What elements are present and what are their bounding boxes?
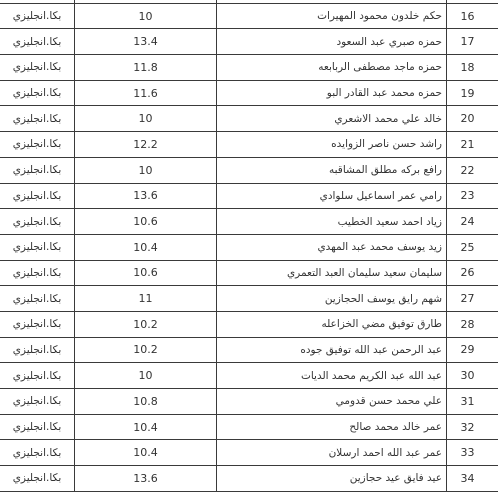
program-cell: بكا.انجليزي: [0, 311, 75, 337]
program-cell: بكا.انجليزي: [0, 3, 75, 29]
table-row: بكا.انجليزي10.6سليمان سعيد سليمان العبد …: [0, 260, 498, 286]
table-row: بكا.انجليزي13.6رامي عمر اسماعيل سلوادي23: [0, 183, 498, 209]
program-cell: بكا.انجليزي: [0, 132, 75, 158]
row-number-cell: 34: [447, 466, 498, 492]
row-number-cell: 18: [447, 55, 498, 81]
program-cell: بكا.انجليزي: [0, 157, 75, 183]
table-row: بكا.انجليزي12.2راشد حسن ناصر الزوايده21: [0, 132, 498, 158]
table-row: بكا.انجليزي10.6زياد احمد سعيد الخطيب24: [0, 209, 498, 235]
row-number-cell: 16: [447, 3, 498, 29]
average-cell: 13.4: [75, 29, 217, 55]
program-cell: بكا.انجليزي: [0, 106, 75, 132]
average-cell: 11.6: [75, 80, 217, 106]
average-cell: 10: [75, 363, 217, 389]
student-name-cell: سليمان سعيد سليمان العبد التعمري: [217, 260, 447, 286]
results-table: 15بكا.انجليزي10حكم خلدون محمود المهيرات1…: [0, 0, 498, 492]
table-row: بكا.انجليزي10رافع بركه مطلق المشاقبه22: [0, 157, 498, 183]
program-cell: بكا.انجليزي: [0, 389, 75, 415]
table-row: بكا.انجليزي10.2طارق توفيق مضي الخزاعله28: [0, 311, 498, 337]
program-cell: بكا.انجليزي: [0, 363, 75, 389]
program-cell: بكا.انجليزي: [0, 209, 75, 235]
row-number-cell: 24: [447, 209, 498, 235]
table-row: بكا.انجليزي11شهم رايق يوسف الحجازين27: [0, 286, 498, 312]
student-name-cell: حمزه صبري عبد السعود: [217, 29, 447, 55]
row-number-cell: 19: [447, 80, 498, 106]
results-table-container: 15بكا.انجليزي10حكم خلدون محمود المهيرات1…: [0, 0, 498, 492]
student-name-cell: رافع بركه مطلق المشاقبه: [217, 157, 447, 183]
average-cell: 10: [75, 106, 217, 132]
row-number-cell: 23: [447, 183, 498, 209]
student-name-cell: علي محمد حسن قدومي: [217, 389, 447, 415]
average-cell: 11: [75, 286, 217, 312]
row-number-cell: 29: [447, 337, 498, 363]
table-row: بكا.انجليزي10.4زيد يوسف محمد عبد المهدي2…: [0, 234, 498, 260]
table-row: بكا.انجليزي10عبد الله عبد الكريم محمد ال…: [0, 363, 498, 389]
average-cell: 10: [75, 157, 217, 183]
program-cell: بكا.انجليزي: [0, 29, 75, 55]
table-row: بكا.انجليزي10.4عمر خالد محمد صالح32: [0, 414, 498, 440]
program-cell: بكا.انجليزي: [0, 337, 75, 363]
student-name-cell: حمزه ماجد مصطفى الربابعه: [217, 55, 447, 81]
student-name-cell: عمر عبد الله احمد ارسلان: [217, 440, 447, 466]
student-name-cell: راشد حسن ناصر الزوايده: [217, 132, 447, 158]
student-name-cell: حكم خلدون محمود المهيرات: [217, 3, 447, 29]
row-number-cell: 20: [447, 106, 498, 132]
results-table-body: 15بكا.انجليزي10حكم خلدون محمود المهيرات1…: [0, 0, 498, 491]
student-name-cell: شهم رايق يوسف الحجازين: [217, 286, 447, 312]
average-cell: 13.6: [75, 183, 217, 209]
average-cell: 13.6: [75, 466, 217, 492]
program-cell: بكا.انجليزي: [0, 440, 75, 466]
program-cell: بكا.انجليزي: [0, 286, 75, 312]
student-name-cell: خالد علي محمد الاشعري: [217, 106, 447, 132]
average-cell: 10.2: [75, 337, 217, 363]
row-number-cell: 27: [447, 286, 498, 312]
average-cell: 12.2: [75, 132, 217, 158]
table-row: بكا.انجليزي10.2عبد الرحمن عبد الله توفيق…: [0, 337, 498, 363]
average-cell: 10.8: [75, 389, 217, 415]
program-cell: بكا.انجليزي: [0, 466, 75, 492]
row-number-cell: 21: [447, 132, 498, 158]
row-number-cell: 17: [447, 29, 498, 55]
average-cell: 10.6: [75, 209, 217, 235]
average-cell: 11.8: [75, 55, 217, 81]
average-cell: 10: [75, 3, 217, 29]
program-cell: بكا.انجليزي: [0, 80, 75, 106]
student-name-cell: رامي عمر اسماعيل سلوادي: [217, 183, 447, 209]
program-cell: بكا.انجليزي: [0, 234, 75, 260]
average-cell: 10.6: [75, 260, 217, 286]
row-number-cell: 25: [447, 234, 498, 260]
average-cell: 10.4: [75, 440, 217, 466]
program-cell: بكا.انجليزي: [0, 55, 75, 81]
program-cell: بكا.انجليزي: [0, 183, 75, 209]
table-row: بكا.انجليزي10خالد علي محمد الاشعري20: [0, 106, 498, 132]
row-number-cell: 32: [447, 414, 498, 440]
row-number-cell: 33: [447, 440, 498, 466]
student-name-cell: عبد الله عبد الكريم محمد الديات: [217, 363, 447, 389]
row-number-cell: 30: [447, 363, 498, 389]
table-row: بكا.انجليزي13.4حمزه صبري عبد السعود17: [0, 29, 498, 55]
row-number-cell: 28: [447, 311, 498, 337]
average-cell: 10.4: [75, 234, 217, 260]
program-cell: بكا.انجليزي: [0, 414, 75, 440]
student-name-cell: عبد الرحمن عبد الله توفيق جوده: [217, 337, 447, 363]
table-row: بكا.انجليزي11.6حمزه محمد عبد القادر البو…: [0, 80, 498, 106]
table-row: بكا.انجليزي11.8حمزه ماجد مصطفى الربابعه1…: [0, 55, 498, 81]
average-cell: 10.2: [75, 311, 217, 337]
student-name-cell: زياد احمد سعيد الخطيب: [217, 209, 447, 235]
student-name-cell: حمزه محمد عبد القادر البو: [217, 80, 447, 106]
table-row: بكا.انجليزي10.4عمر عبد الله احمد ارسلان3…: [0, 440, 498, 466]
average-cell: 10.4: [75, 414, 217, 440]
table-row: بكا.انجليزي10حكم خلدون محمود المهيرات16: [0, 3, 498, 29]
program-cell: بكا.انجليزي: [0, 260, 75, 286]
row-number-cell: 22: [447, 157, 498, 183]
row-number-cell: 26: [447, 260, 498, 286]
student-name-cell: عيد فايق عيد حجازين: [217, 466, 447, 492]
student-name-cell: طارق توفيق مضي الخزاعله: [217, 311, 447, 337]
student-name-cell: عمر خالد محمد صالح: [217, 414, 447, 440]
table-row: بكا.انجليزي13.6عيد فايق عيد حجازين34: [0, 466, 498, 492]
student-name-cell: زيد يوسف محمد عبد المهدي: [217, 234, 447, 260]
row-number-cell: 31: [447, 389, 498, 415]
table-row: بكا.انجليزي10.8علي محمد حسن قدومي31: [0, 389, 498, 415]
